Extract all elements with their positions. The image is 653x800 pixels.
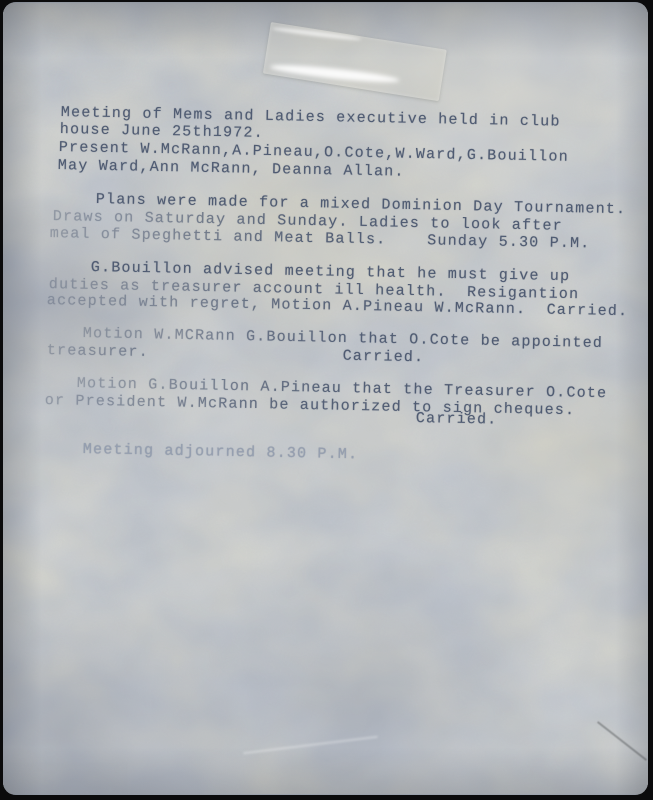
document-line: Carried. [416, 411, 498, 428]
photo-frame: Meeting of Mems and Ladies executive hel… [0, 0, 653, 800]
typewritten-text-layer: Meeting of Mems and Ladies executive hel… [3, 2, 648, 795]
document-line: house June 25th1972. [60, 122, 264, 141]
paper-page: Meeting of Mems and Ladies executive hel… [3, 2, 648, 795]
document-line: Meeting adjourned 8.30 P.M. [83, 442, 359, 462]
